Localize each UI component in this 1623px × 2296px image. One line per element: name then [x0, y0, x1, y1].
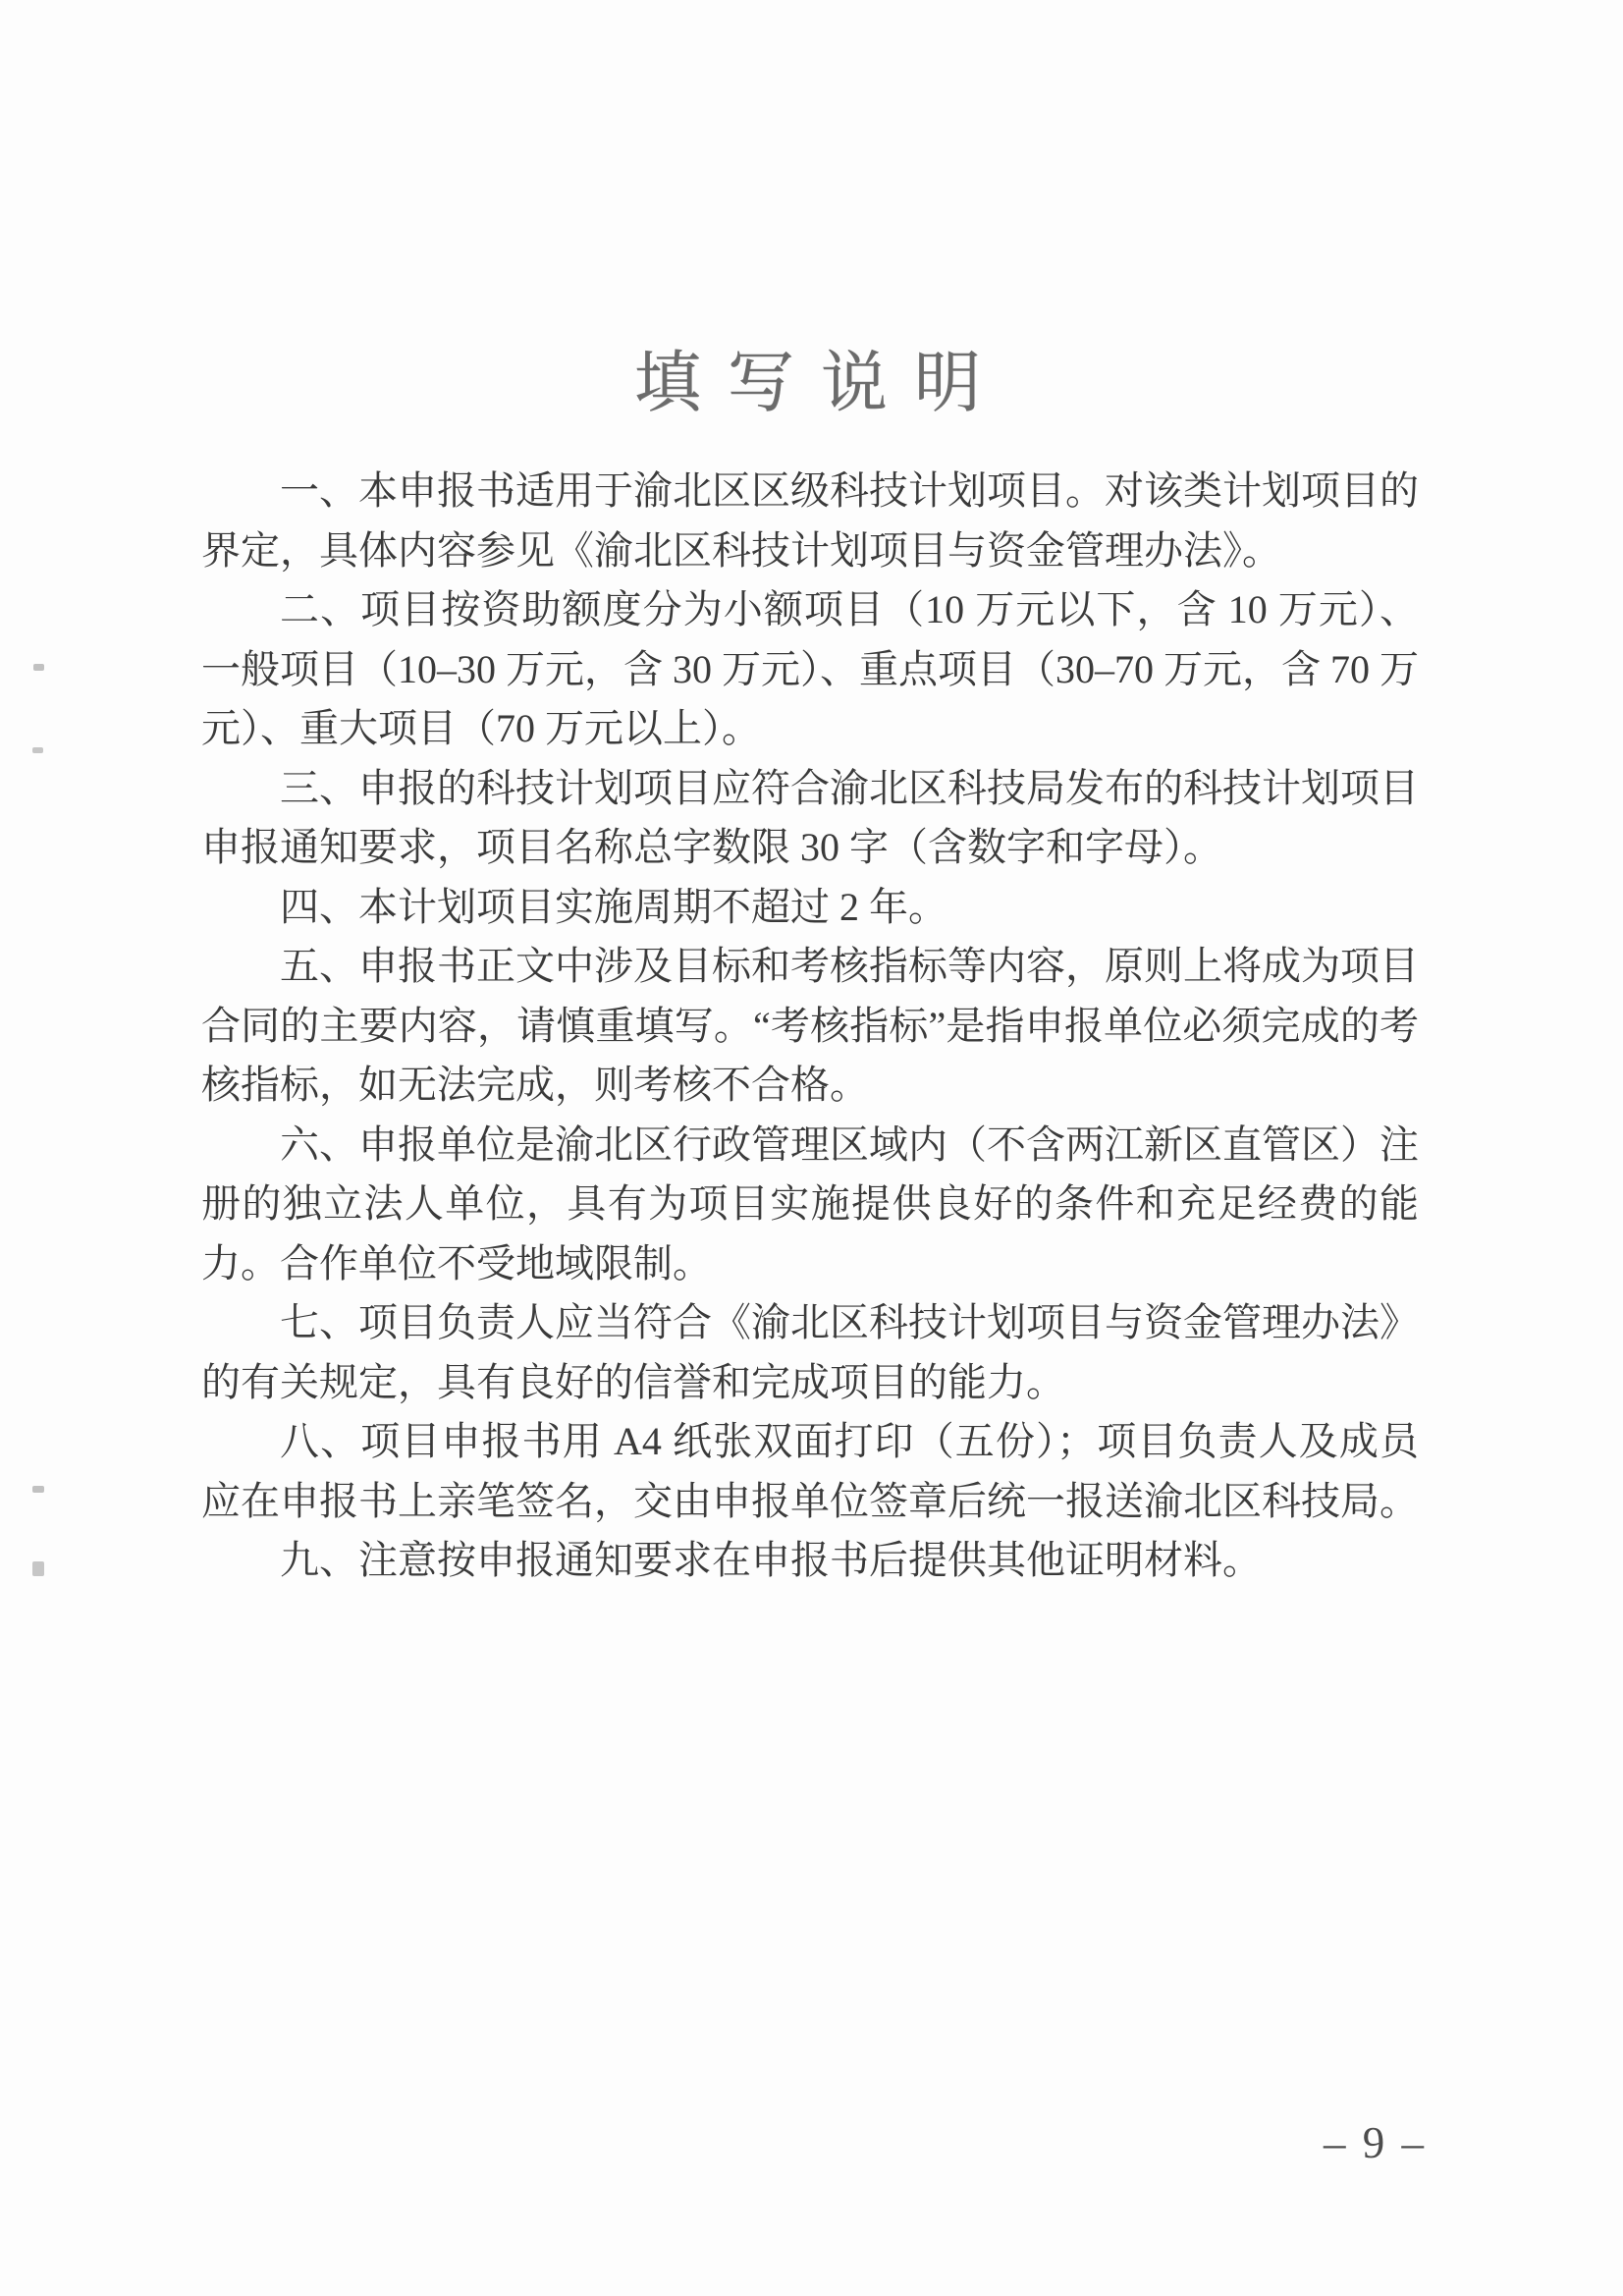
- instructions-body: 一、本申报书适用于渝北区区级科技计划项目。对该类计划项目的界定，具体内容参见《渝…: [201, 462, 1419, 1591]
- scan-speck: [32, 1486, 44, 1493]
- scanned-document-page: 填 写 说 明 一、本申报书适用于渝北区区级科技计划项目。对该类计划项目的界定，…: [0, 0, 1623, 2296]
- page-title: 填 写 说 明: [201, 330, 1419, 425]
- instruction-paragraph-2: 二、项目按资助额度分为小额项目（10 万元以下，含 10 万元）、一般项目（10…: [201, 580, 1419, 759]
- scan-speck: [32, 747, 43, 753]
- instruction-paragraph-9: 九、注意按申报通知要求在申报书后提供其他证明材料。: [201, 1531, 1419, 1591]
- instruction-paragraph-1: 一、本申报书适用于渝北区区级科技计划项目。对该类计划项目的界定，具体内容参见《渝…: [201, 462, 1419, 580]
- instruction-paragraph-4: 四、本计划项目实施周期不超过 2 年。: [201, 878, 1419, 938]
- scan-speck: [32, 1561, 44, 1576]
- instruction-paragraph-6: 六、申报单位是渝北区行政管理区域内（不含两江新区直管区）注册的独立法人单位，具有…: [201, 1116, 1419, 1294]
- instruction-paragraph-7: 七、项目负责人应当符合《渝北区科技计划项目与资金管理办法》的有关规定，具有良好的…: [201, 1293, 1419, 1412]
- scan-speck: [33, 664, 44, 671]
- page-number: – 9 –: [1324, 2117, 1427, 2168]
- instruction-paragraph-5: 五、申报书正文中涉及目标和考核指标等内容，原则上将成为项目合同的主要内容，请慎重…: [201, 937, 1419, 1116]
- instruction-paragraph-8: 八、项目申报书用 A4 纸张双面打印（五份）；项目负责人及成员应在申报书上亲笔签…: [201, 1412, 1419, 1531]
- instruction-paragraph-3: 三、申报的科技计划项目应符合渝北区科技局发布的科技计划项目申报通知要求，项目名称…: [201, 759, 1419, 878]
